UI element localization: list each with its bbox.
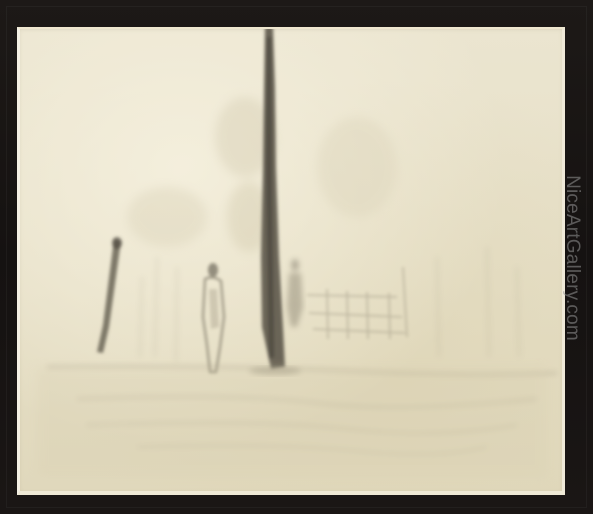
tree-trunk: [261, 27, 285, 369]
paper-sheet: [17, 27, 565, 495]
pencil-sketch: [17, 27, 565, 495]
distant-figure: [287, 259, 303, 327]
background-strokes: [140, 247, 519, 362]
watermark-text: NiceArtGallery.com: [561, 175, 583, 341]
fence: [307, 267, 407, 339]
standing-figure: [203, 263, 224, 372]
leaning-post: [97, 237, 122, 353]
ground-shading: [37, 367, 547, 477]
artwork-image: NiceArtGallery.com: [0, 0, 600, 514]
